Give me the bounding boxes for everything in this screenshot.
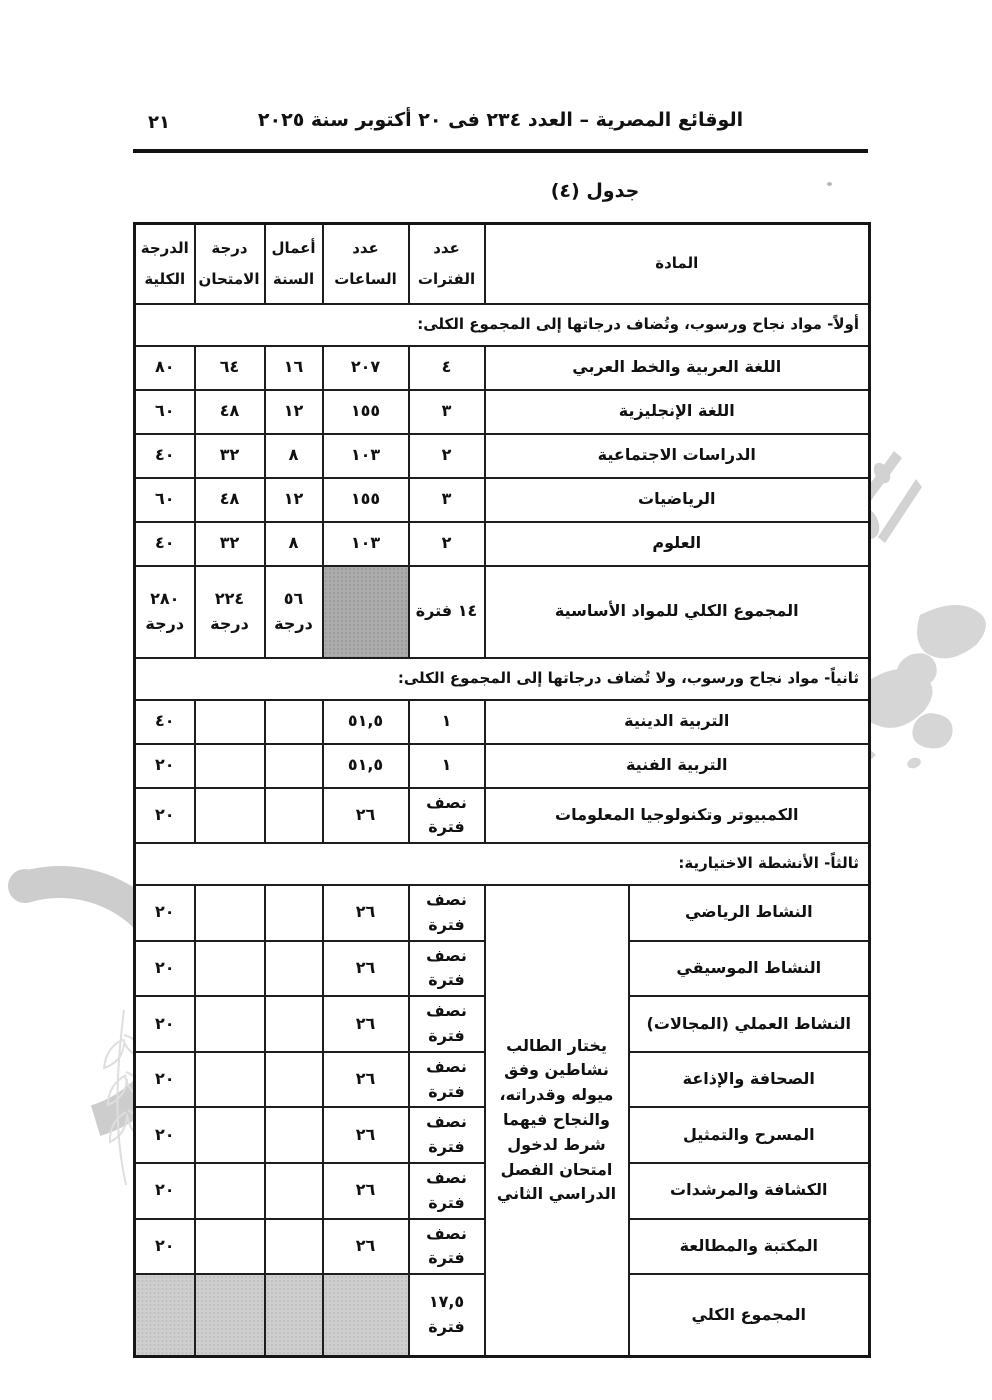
empty-cell xyxy=(195,744,265,788)
periods-cell: ٤ xyxy=(409,346,485,390)
total-cell: ٢٠ xyxy=(135,885,195,941)
total-cell: ٢٠ xyxy=(135,996,195,1052)
hours-cell: ٢٦ xyxy=(323,996,409,1052)
empty-cell xyxy=(265,700,323,744)
hours-cell: ٥١,٥ xyxy=(323,744,409,788)
table-row: العلوم ٢ ١٠٣ ٨ ٣٢ ٤٠ xyxy=(135,522,870,566)
total-cell: ٢٠ xyxy=(135,1219,195,1275)
activity-cell: الصحافة والإذاعة xyxy=(629,1052,870,1108)
shaded-cell xyxy=(265,1274,323,1356)
table-row: اللغة العربية والخط العربي ٤ ٢٠٧ ١٦ ٦٤ ٨… xyxy=(135,346,870,390)
empty-cell xyxy=(265,1219,323,1275)
hours-cell: ١٥٥ xyxy=(323,390,409,434)
section1-band: أولاً- مواد نجاح ورسوب، وتُضاف درجاتها إ… xyxy=(135,304,870,346)
shaded-cell xyxy=(323,566,409,658)
section3-heading: ثالثاً- الأنشطة الاختيارية: xyxy=(135,843,870,885)
basic-subjects-totals-row: المجموع الكلي للمواد الأساسية ١٤ فترة ٥٦… xyxy=(135,566,870,658)
total-cell: ٤٠ xyxy=(135,522,195,566)
watermark-circle xyxy=(8,869,42,903)
empty-cell xyxy=(195,1052,265,1108)
subject-cell: الدراسات الاجتماعية xyxy=(485,434,870,478)
col-header-total-grade: الدرجة الكلية xyxy=(135,224,195,304)
periods-cell: نصف فترة xyxy=(409,996,485,1052)
exam-cell: ٤٨ xyxy=(195,390,265,434)
col-header-periods: عدد الفترات xyxy=(409,224,485,304)
empty-cell xyxy=(195,1107,265,1163)
total-cell: ٦٠ xyxy=(135,390,195,434)
table-row: الدراسات الاجتماعية ٢ ١٠٣ ٨ ٣٢ ٤٠ xyxy=(135,434,870,478)
periods-cell: نصف فترة xyxy=(409,1107,485,1163)
activities-note-cell: يختار الطالب نشاطين وفق ميوله وقدراته، و… xyxy=(485,885,629,1356)
year-work-cell: ١٦ xyxy=(265,346,323,390)
year-work-cell: ٥٦ درجة xyxy=(265,566,323,658)
periods-cell: نصف فترة xyxy=(409,941,485,997)
empty-cell xyxy=(265,788,323,844)
subject-cell: العلوم xyxy=(485,522,870,566)
section1-heading: أولاً- مواد نجاح ورسوب، وتُضاف درجاتها إ… xyxy=(135,304,870,346)
hours-cell: ٢٦ xyxy=(323,1052,409,1108)
exam-cell: ٣٢ xyxy=(195,522,265,566)
year-work-cell: ١٢ xyxy=(265,478,323,522)
section2-band: ثانياً- مواد نجاح ورسوب، ولا تُضاف درجات… xyxy=(135,658,870,700)
col-header-hours: عدد الساعات xyxy=(323,224,409,304)
hours-cell: ١٥٥ xyxy=(323,478,409,522)
hours-cell: ٢٠٧ xyxy=(323,346,409,390)
periods-cell: نصف فترة xyxy=(409,1163,485,1219)
shaded-cell xyxy=(195,1274,265,1356)
periods-cell: نصف فترة xyxy=(409,885,485,941)
activity-cell: الكشافة والمرشدات xyxy=(629,1163,870,1219)
total-cell: ٢٠ xyxy=(135,941,195,997)
empty-cell xyxy=(195,996,265,1052)
exam-cell: ٦٤ xyxy=(195,346,265,390)
subject-cell: اللغة العربية والخط العربي xyxy=(485,346,870,390)
total-cell: ٢٠ xyxy=(135,1107,195,1163)
scan-artifact-dot xyxy=(827,182,832,186)
activity-cell: النشاط الرياضي xyxy=(629,885,870,941)
hours-cell: ٢٦ xyxy=(323,1219,409,1275)
table-row: التربية الفنية ١ ٥١,٥ ٢٠ xyxy=(135,744,870,788)
table-row: النشاط الرياضي يختار الطالب نشاطين وفق م… xyxy=(135,885,870,941)
empty-cell xyxy=(265,885,323,941)
subject-cell: المجموع الكلي للمواد الأساسية xyxy=(485,566,870,658)
periods-cell: ١٤ فترة xyxy=(409,566,485,658)
activity-cell: النشاط العملي (المجالات) xyxy=(629,996,870,1052)
hours-cell: ٢٦ xyxy=(323,941,409,997)
subject-cell: الرياضيات xyxy=(485,478,870,522)
col-header-year-work: أعمال السنة xyxy=(265,224,323,304)
col-header-exam-grade: درجة الامتحان xyxy=(195,224,265,304)
empty-cell xyxy=(265,996,323,1052)
total-cell: ٦٠ xyxy=(135,478,195,522)
periods-cell: ١ xyxy=(409,744,485,788)
hours-cell: ٢٦ xyxy=(323,788,409,844)
hours-cell: ١٠٣ xyxy=(323,434,409,478)
year-work-cell: ٨ xyxy=(265,522,323,566)
hours-cell: ٥١,٥ xyxy=(323,700,409,744)
empty-cell xyxy=(195,885,265,941)
table-row: الرياضيات ٣ ١٥٥ ١٢ ٤٨ ٦٠ xyxy=(135,478,870,522)
table-row: الكمبيوتر وتكنولوجيا المعلومات نصف فترة … xyxy=(135,788,870,844)
shaded-cell xyxy=(323,1274,409,1356)
activity-cell: النشاط الموسيقي xyxy=(629,941,870,997)
periods-cell: ٢ xyxy=(409,434,485,478)
periods-cell: نصف فترة xyxy=(409,788,485,844)
subject-cell: المجموع الكلي xyxy=(629,1274,870,1356)
total-cell: ٢٨٠ درجة xyxy=(135,566,195,658)
table-row: التربية الدينية ١ ٥١,٥ ٤٠ xyxy=(135,700,870,744)
total-cell: ٢٠ xyxy=(135,1052,195,1108)
exam-cell: ٢٢٤ درجة xyxy=(195,566,265,658)
section2-heading: ثانياً- مواد نجاح ورسوب، ولا تُضاف درجات… xyxy=(135,658,870,700)
total-cell: ٤٠ xyxy=(135,700,195,744)
empty-cell xyxy=(265,1052,323,1108)
empty-cell xyxy=(265,744,323,788)
empty-cell xyxy=(265,941,323,997)
subject-cell: التربية الدينية xyxy=(485,700,870,744)
hours-cell: ٢٦ xyxy=(323,885,409,941)
empty-cell xyxy=(195,700,265,744)
table-row: اللغة الإنجليزية ٣ ١٥٥ ١٢ ٤٨ ٦٠ xyxy=(135,390,870,434)
section3-band: ثالثاً- الأنشطة الاختيارية: xyxy=(135,843,870,885)
gazette-title: الوقائع المصرية – العدد ٢٣٤ فى ٢٠ أكتوبر… xyxy=(133,109,868,131)
hours-cell: ٢٦ xyxy=(323,1107,409,1163)
periods-cell: ٢ xyxy=(409,522,485,566)
empty-cell xyxy=(195,941,265,997)
activity-cell: المسرح والتمثيل xyxy=(629,1107,870,1163)
total-cell: ٤٠ xyxy=(135,434,195,478)
periods-cell: ٣ xyxy=(409,390,485,434)
periods-cell: نصف فترة xyxy=(409,1219,485,1275)
gazette-page: ٢١ الوقائع المصرية – العدد ٢٣٤ فى ٢٠ أكت… xyxy=(0,0,992,1400)
year-work-cell: ٨ xyxy=(265,434,323,478)
empty-cell xyxy=(195,1219,265,1275)
empty-cell xyxy=(265,1163,323,1219)
empty-cell xyxy=(265,1107,323,1163)
table-title: جدول (٤) xyxy=(505,180,685,202)
total-cell: ٢٠ xyxy=(135,1163,195,1219)
periods-cell: نصف فترة xyxy=(409,1052,485,1108)
hours-cell: ١٠٣ xyxy=(323,522,409,566)
col-header-subject: المادة xyxy=(485,224,870,304)
activity-cell: المكتبة والمطالعة xyxy=(629,1219,870,1275)
empty-cell xyxy=(195,1163,265,1219)
periods-cell: ٣ xyxy=(409,478,485,522)
header-row: المادة عدد الفترات عدد الساعات أعمال الس… xyxy=(135,224,870,304)
exam-cell: ٣٢ xyxy=(195,434,265,478)
periods-cell: ١ xyxy=(409,700,485,744)
total-cell: ٢٠ xyxy=(135,788,195,844)
watermark-fragment-calligraphy xyxy=(850,585,992,790)
subject-cell: اللغة الإنجليزية xyxy=(485,390,870,434)
shaded-cell xyxy=(135,1274,195,1356)
subject-cell: الكمبيوتر وتكنولوجيا المعلومات xyxy=(485,788,870,844)
total-cell: ٨٠ xyxy=(135,346,195,390)
year-work-cell: ١٢ xyxy=(265,390,323,434)
header-rule xyxy=(133,149,868,153)
subject-cell: التربية الفنية xyxy=(485,744,870,788)
total-cell: ٢٠ xyxy=(135,744,195,788)
periods-cell: ١٧,٥ فترة xyxy=(409,1274,485,1356)
exam-cell: ٤٨ xyxy=(195,478,265,522)
hours-cell: ٢٦ xyxy=(323,1163,409,1219)
schedule-table: المادة عدد الفترات عدد الساعات أعمال الس… xyxy=(133,222,871,1358)
empty-cell xyxy=(195,788,265,844)
